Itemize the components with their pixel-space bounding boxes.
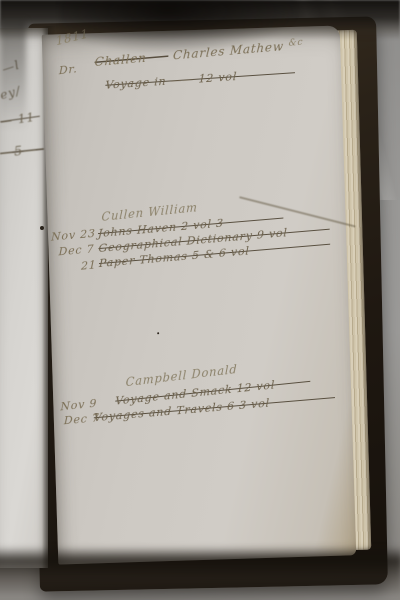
entry-row-date: Nov 23 <box>51 227 96 244</box>
corner-shade <box>0 20 26 130</box>
entry-row: Voyage in —— 12 vol <box>105 66 295 92</box>
top-shadow-blotch <box>60 0 300 54</box>
entry-row-date: Dec 7 <box>58 242 94 258</box>
ledger-photo: —l ey/ — 11 —5— 1811 Dr. Challen Charles… <box>0 0 400 600</box>
entry-row-text: Voyage in —— 12 vol <box>105 66 295 92</box>
ledger-page: 1811 Dr. Challen Charles Mathew &c Voyag… <box>42 25 357 564</box>
book-bottom-shadow <box>0 546 400 594</box>
ink-speck <box>157 332 159 334</box>
entry-row-date: 21 <box>81 258 97 272</box>
entry-prefix: Dr. <box>59 62 78 77</box>
margin-fragment: —5— <box>0 142 45 162</box>
